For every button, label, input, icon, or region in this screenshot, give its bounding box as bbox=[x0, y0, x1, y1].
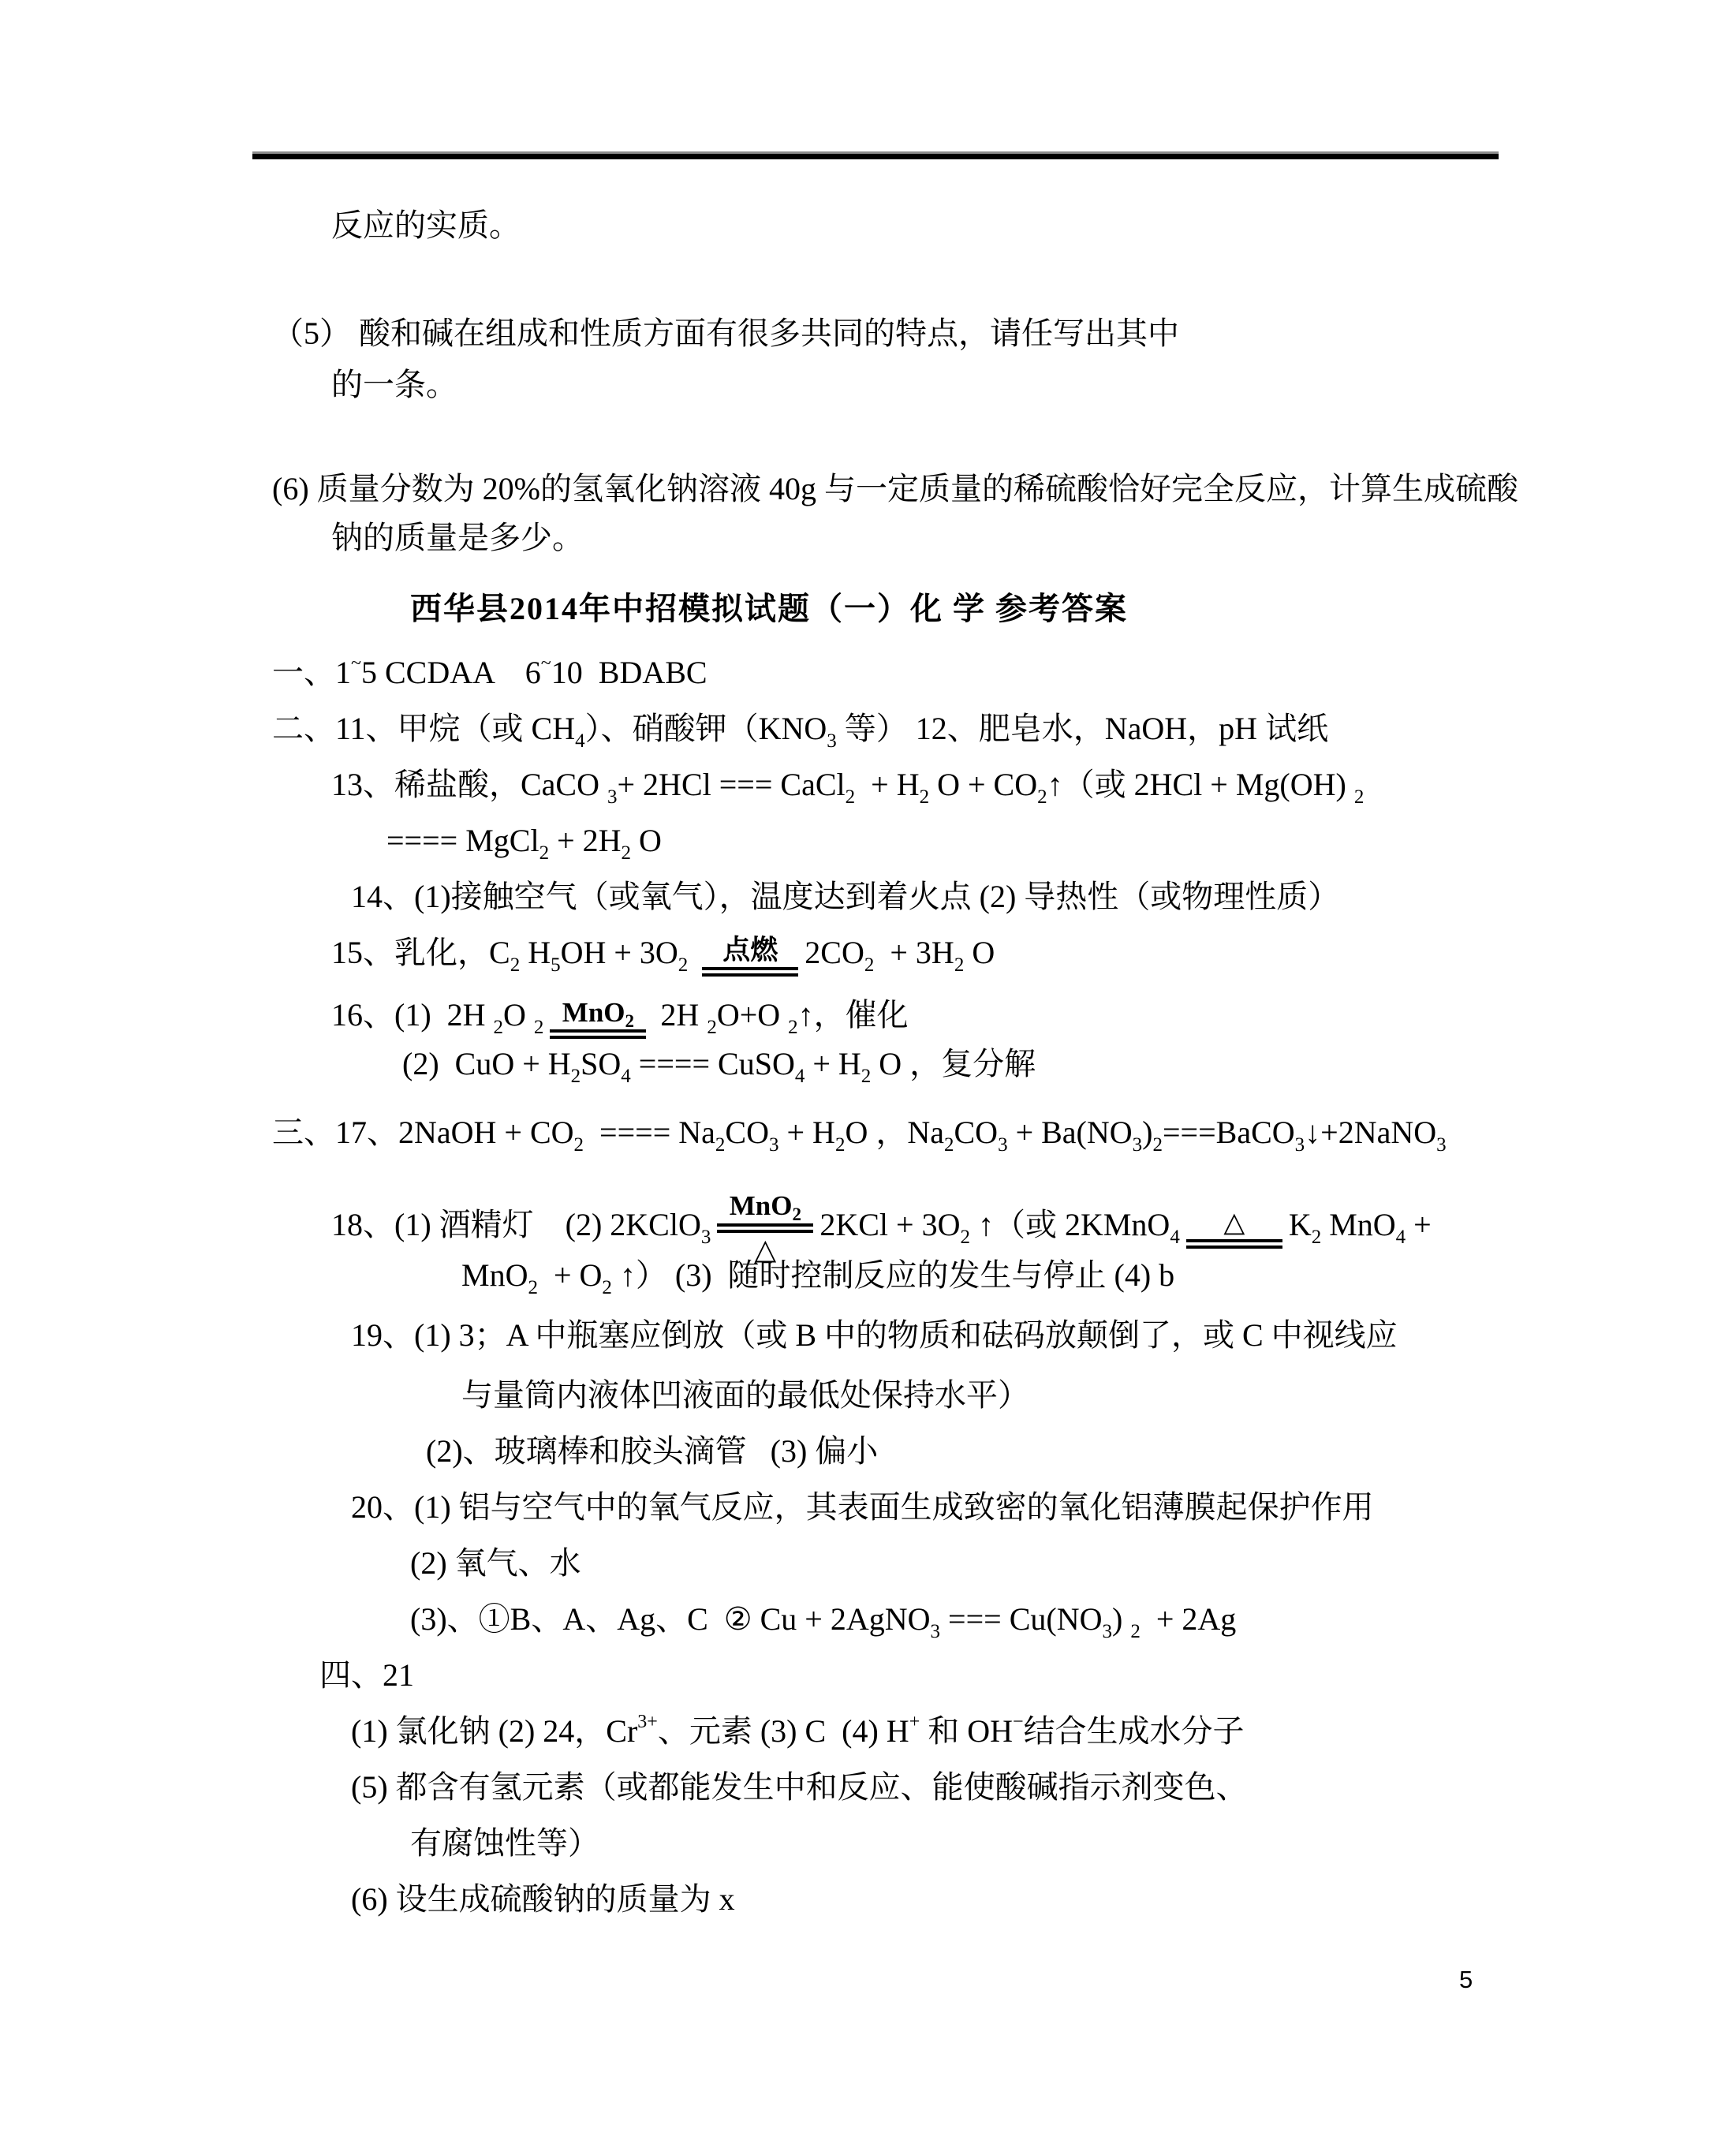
text-run bbox=[688, 935, 696, 970]
text-run: 四、21 bbox=[319, 1657, 414, 1693]
text-run: SO bbox=[581, 1046, 621, 1081]
subscript: 3 bbox=[701, 1227, 711, 1248]
subscript: 4 bbox=[1396, 1227, 1406, 1248]
subscript: 2 bbox=[944, 1134, 954, 1156]
subscript: 3 bbox=[1133, 1134, 1143, 1156]
text-run: === Cu(NO bbox=[940, 1601, 1102, 1637]
subscript: 3 bbox=[607, 786, 618, 808]
text-run: (6) 设生成硫酸钠的质量为 x bbox=[351, 1881, 735, 1917]
text-run: 的一条。 bbox=[331, 367, 457, 402]
subscript: 2 bbox=[539, 842, 550, 864]
subscript: 4 bbox=[1170, 1227, 1180, 1248]
header-rule bbox=[252, 151, 1499, 159]
reaction-condition: △ bbox=[1186, 1208, 1282, 1249]
answer-lines-block: 一、1~5 CCDAA 6~10 BDABC二、11、甲烷（或 CH4）、硝酸钾… bbox=[0, 644, 1736, 1927]
question-line: 反应的实质。 bbox=[331, 197, 1736, 253]
reaction-condition-above: MnO2 bbox=[722, 1191, 809, 1223]
subscript: 2 bbox=[571, 1066, 581, 1087]
text-run: 等） 12、肥皂水，NaOH，pH 试纸 bbox=[837, 711, 1328, 746]
text-run: ↓+2NaNO bbox=[1305, 1115, 1436, 1150]
answer-line: MnO2 + O2 ↑） (3) 随时控制反应的发生与停止 (4) b bbox=[461, 1247, 1736, 1303]
answer-line: 16、(1) 2H 2O 2MnO2 2H 2O+O 2↑，催化 bbox=[331, 987, 1736, 1043]
subscript: 2 bbox=[792, 1204, 801, 1224]
subscript: 2 bbox=[528, 1277, 538, 1298]
text-run: MnO bbox=[730, 1190, 793, 1221]
text-run: ↑（或 2KMnO bbox=[970, 1207, 1170, 1242]
text-run: + O bbox=[538, 1257, 602, 1293]
text-run: + bbox=[1406, 1207, 1432, 1242]
subscript: 2 bbox=[1152, 1134, 1163, 1156]
text-run: O+O bbox=[717, 997, 788, 1033]
text-run: (2)、玻璃棒和胶头滴管 (3) 偏小 bbox=[426, 1433, 878, 1469]
subscript: 2 bbox=[864, 954, 875, 976]
subscript: 3 bbox=[827, 730, 837, 752]
subscript: 2 bbox=[574, 1134, 584, 1156]
text-run: ）、硝酸钾（KNO bbox=[585, 711, 827, 746]
text-run: MnO bbox=[461, 1257, 528, 1293]
subscript: 2 bbox=[954, 954, 965, 976]
superscript: ~ bbox=[541, 653, 551, 674]
text-run: 、元素 (3) C (4) H bbox=[658, 1713, 909, 1749]
answer-line: (2)、玻璃棒和胶头滴管 (3) 偏小 bbox=[426, 1423, 1736, 1479]
text-run: ==== MgCl bbox=[386, 823, 539, 858]
answer-line: ==== MgCl2 + 2H2 O bbox=[386, 812, 1736, 868]
text-run: 和 OH bbox=[920, 1713, 1013, 1749]
reaction-condition-above: 点燃 bbox=[715, 936, 786, 968]
text-run: CO bbox=[725, 1115, 769, 1150]
answer-line: (1) 氯化钠 (2) 24，Cr3+、元素 (3) C (4) H+ 和 OH… bbox=[351, 1703, 1736, 1759]
subscript: 5 bbox=[551, 954, 561, 976]
question-lines-block: 反应的实质。（5） 酸和碱在组成和性质方面有很多共同的特点，请任写出其中的一条。… bbox=[0, 197, 1736, 566]
text-run: 点燃 bbox=[722, 935, 778, 965]
text-run: 有腐蚀性等） bbox=[410, 1825, 599, 1861]
subscript: 2 bbox=[494, 1017, 504, 1038]
text-run: ↑，催化 bbox=[798, 997, 909, 1033]
subscript: 2 bbox=[1130, 1621, 1141, 1642]
double-bar-equals bbox=[702, 967, 798, 977]
text-run: 结合生成水分子 bbox=[1024, 1713, 1245, 1749]
subscript: 2 bbox=[788, 1017, 798, 1038]
text-run: ↑） (3) 随时控制反应的发生与停止 (4) b bbox=[612, 1257, 1174, 1293]
text-run: (6) 质量分数为 20%的氢氧化钠溶液 40g 与一定质量的稀硫酸恰好完全反应… bbox=[272, 471, 1518, 506]
double-bar-equals bbox=[1186, 1239, 1282, 1249]
subscript: 2 bbox=[707, 1017, 717, 1038]
text-run: △ bbox=[1223, 1207, 1245, 1238]
superscript: − bbox=[1013, 1712, 1024, 1732]
question-line: 的一条。 bbox=[331, 357, 1736, 413]
text-run: O ，Na bbox=[845, 1115, 944, 1150]
text-run: （5） 酸和碱在组成和性质方面有很多共同的特点，请任写出其中 bbox=[272, 316, 1179, 351]
text-run: 16、(1) 2H bbox=[331, 997, 494, 1033]
subscript: 2 bbox=[678, 954, 689, 976]
text-run: ) bbox=[1112, 1601, 1130, 1637]
text-run: 13、稀盐酸，CaCO bbox=[331, 767, 607, 802]
subscript: 2 bbox=[510, 954, 521, 976]
text-run: O bbox=[964, 935, 995, 970]
text-run: (1) 氯化钠 (2) 24，Cr bbox=[351, 1713, 637, 1749]
reaction-condition-above: △ bbox=[1215, 1208, 1253, 1240]
subscript: 2 bbox=[1312, 1227, 1322, 1248]
subscript: 2 bbox=[715, 1134, 726, 1156]
subscript: 3 bbox=[1102, 1621, 1112, 1642]
subscript: 3 bbox=[769, 1134, 779, 1156]
subscript: 2 bbox=[602, 1277, 612, 1298]
answer-line: 18、(1) 酒精灯 (2) 2KClO3MnO2△2KCl + 3O2 ↑（或… bbox=[331, 1191, 1736, 1247]
subscript: 2 bbox=[534, 1017, 544, 1038]
answer-line: 13、稀盐酸，CaCO 3+ 2HCl === CaCl2 + H2 O + C… bbox=[331, 756, 1736, 812]
answer-line: 有腐蚀性等） bbox=[410, 1815, 1736, 1871]
text-run: O + CO bbox=[929, 767, 1037, 802]
text-run: 二、11、甲烷（或 CH bbox=[272, 711, 575, 746]
text-run: 20、(1) 铝与空气中的氧气反应，其表面生成致密的氧化铝薄膜起保护作用 bbox=[351, 1489, 1374, 1525]
text-run: ↑（或 2HCl + Mg(OH) bbox=[1047, 767, 1354, 802]
answer-line: 14、(1)接触空气（或氧气），温度达到着火点 (2) 导热性（或物理性质） bbox=[351, 868, 1736, 924]
text-run: 钠的质量是多少。 bbox=[331, 520, 584, 555]
answer-line: 与量筒内液体凹液面的最低处保持水平） bbox=[461, 1367, 1736, 1423]
subscript: 4 bbox=[795, 1066, 805, 1087]
subscript: 3 bbox=[931, 1621, 941, 1642]
answer-line: (2) 氧气、水 bbox=[410, 1535, 1736, 1591]
text-run: 2H bbox=[652, 997, 707, 1033]
question-line: 钠的质量是多少。 bbox=[331, 510, 1736, 566]
text-run: + 3H bbox=[874, 935, 954, 970]
answers-title: 西华县2014年中招模拟试题（一）化 学 参考答案 bbox=[410, 581, 1736, 637]
subscript: 2 bbox=[835, 1134, 846, 1156]
text-run: 19、(1) 3；A 中瓶塞应倒放（或 B 中的物质和砝码放颠倒了，或 C 中视… bbox=[351, 1317, 1398, 1353]
subscript: 2 bbox=[1037, 786, 1047, 808]
double-bar-equals bbox=[717, 1223, 813, 1233]
answer-line: (5) 都含有氢元素（或都能发生中和反应、能使酸碱指示剂变色、 bbox=[351, 1759, 1736, 1815]
answer-line: 三、17、2NaOH + CO2 ==== Na2CO3 + H2O ，Na2C… bbox=[272, 1104, 1736, 1160]
document-content: 反应的实质。（5） 酸和碱在组成和性质方面有很多共同的特点，请任写出其中的一条。… bbox=[0, 197, 1736, 1927]
subscript: 3 bbox=[1295, 1134, 1305, 1156]
text-run: + 2Ag bbox=[1141, 1601, 1236, 1637]
question-line: （5） 酸和碱在组成和性质方面有很多共同的特点，请任写出其中 bbox=[272, 305, 1736, 361]
text-run: MnO bbox=[562, 997, 625, 1028]
text-run: MnO bbox=[1321, 1207, 1395, 1242]
text-run: (3)、①B、A、Ag、C ② Cu + 2AgNO bbox=[410, 1601, 931, 1637]
subscript: 2 bbox=[960, 1227, 970, 1248]
text-run: 三、17、2NaOH + CO bbox=[272, 1115, 574, 1150]
text-run: + 2H bbox=[549, 823, 621, 858]
answer-line: 19、(1) 3；A 中瓶塞应倒放（或 B 中的物质和砝码放颠倒了，或 C 中视… bbox=[351, 1307, 1736, 1363]
superscript: ~ bbox=[351, 653, 361, 674]
text-run: + Ba(NO bbox=[1008, 1115, 1133, 1150]
text-run: ) bbox=[1142, 1115, 1152, 1150]
subscript: 3 bbox=[1436, 1134, 1447, 1156]
page-number: 5 bbox=[1459, 1966, 1473, 1994]
text-run: 14、(1)接触空气（或氧气），温度达到着火点 (2) 导热性（或物理性质） bbox=[351, 879, 1339, 914]
superscript: 3+ bbox=[637, 1712, 658, 1732]
subscript: 2 bbox=[1354, 786, 1365, 808]
text-run: ==== CuSO bbox=[631, 1046, 795, 1081]
subscript: 2 bbox=[625, 1011, 635, 1031]
text-run: H bbox=[520, 935, 551, 970]
answer-line: 15、乳化，C2 H5OH + 3O2 点燃2CO2 + 3H2 O bbox=[331, 924, 1736, 980]
text-run: (2) 氧气、水 bbox=[410, 1545, 581, 1581]
text-run: 10 BDABC bbox=[551, 655, 707, 690]
superscript: + bbox=[909, 1712, 920, 1732]
text-run: O bbox=[503, 997, 534, 1033]
subscript: 2 bbox=[622, 842, 632, 864]
text-run: + H bbox=[779, 1115, 835, 1150]
question-line: (6) 质量分数为 20%的氢氧化钠溶液 40g 与一定质量的稀硫酸恰好完全反应… bbox=[272, 461, 1736, 517]
text-run: (5) 都含有氢元素（或都能发生中和反应、能使酸碱指示剂变色、 bbox=[351, 1769, 1248, 1805]
answer-line: (2) CuO + H2SO4 ==== CuSO4 + H2 O ，复分解 bbox=[402, 1036, 1736, 1092]
subscript: 2 bbox=[861, 1066, 872, 1087]
text-run: K bbox=[1289, 1207, 1312, 1242]
text-run: + H bbox=[805, 1046, 861, 1081]
text-run: ===BaCO bbox=[1163, 1115, 1295, 1150]
text-run: 与量筒内液体凹液面的最低处保持水平） bbox=[461, 1377, 1029, 1413]
answer-line: 四、21 bbox=[319, 1647, 1736, 1703]
text-run: 5 CCDAA 6 bbox=[361, 655, 541, 690]
subscript: 4 bbox=[575, 730, 585, 752]
text-run: 一、1 bbox=[272, 655, 351, 690]
answer-line: (6) 设生成硫酸钠的质量为 x bbox=[351, 1871, 1736, 1927]
document-page: 反应的实质。（5） 酸和碱在组成和性质方面有很多共同的特点，请任写出其中的一条。… bbox=[0, 0, 1736, 2140]
answer-line: 一、1~5 CCDAA 6~10 BDABC bbox=[272, 644, 1736, 700]
text-run: 反应的实质。 bbox=[331, 207, 521, 243]
text-run: + H bbox=[855, 767, 919, 802]
reaction-condition: 点燃 bbox=[702, 936, 798, 977]
reaction-condition-above: MnO2 bbox=[554, 998, 642, 1030]
text-run: (2) CuO + H bbox=[402, 1046, 571, 1081]
answer-line: (3)、①B、A、Ag、C ② Cu + 2AgNO3 === Cu(NO3) … bbox=[410, 1591, 1736, 1647]
text-run: OH + 3O bbox=[561, 935, 678, 970]
text-run: O bbox=[631, 823, 662, 858]
text-run: 15、乳化，C bbox=[331, 935, 510, 970]
text-run: 2KCl + 3O bbox=[819, 1207, 960, 1242]
text-run: O ，复分解 bbox=[871, 1046, 1036, 1081]
answer-line: 20、(1) 铝与空气中的氧气反应，其表面生成致密的氧化铝薄膜起保护作用 bbox=[351, 1479, 1736, 1535]
reaction-condition: MnO2 bbox=[550, 998, 646, 1040]
subscript: 3 bbox=[998, 1134, 1008, 1156]
subscript: 2 bbox=[920, 786, 930, 808]
text-run: 18、(1) 酒精灯 (2) 2KClO bbox=[331, 1207, 701, 1242]
answer-line: 二、11、甲烷（或 CH4）、硝酸钾（KNO3 等） 12、肥皂水，NaOH，p… bbox=[272, 700, 1736, 756]
text-run: CO bbox=[954, 1115, 998, 1150]
subscript: 2 bbox=[846, 786, 856, 808]
text-run: + 2HCl === CaCl bbox=[618, 767, 846, 802]
text-run: 2CO bbox=[805, 935, 864, 970]
text-run: ==== Na bbox=[584, 1115, 715, 1150]
subscript: 4 bbox=[621, 1066, 631, 1087]
